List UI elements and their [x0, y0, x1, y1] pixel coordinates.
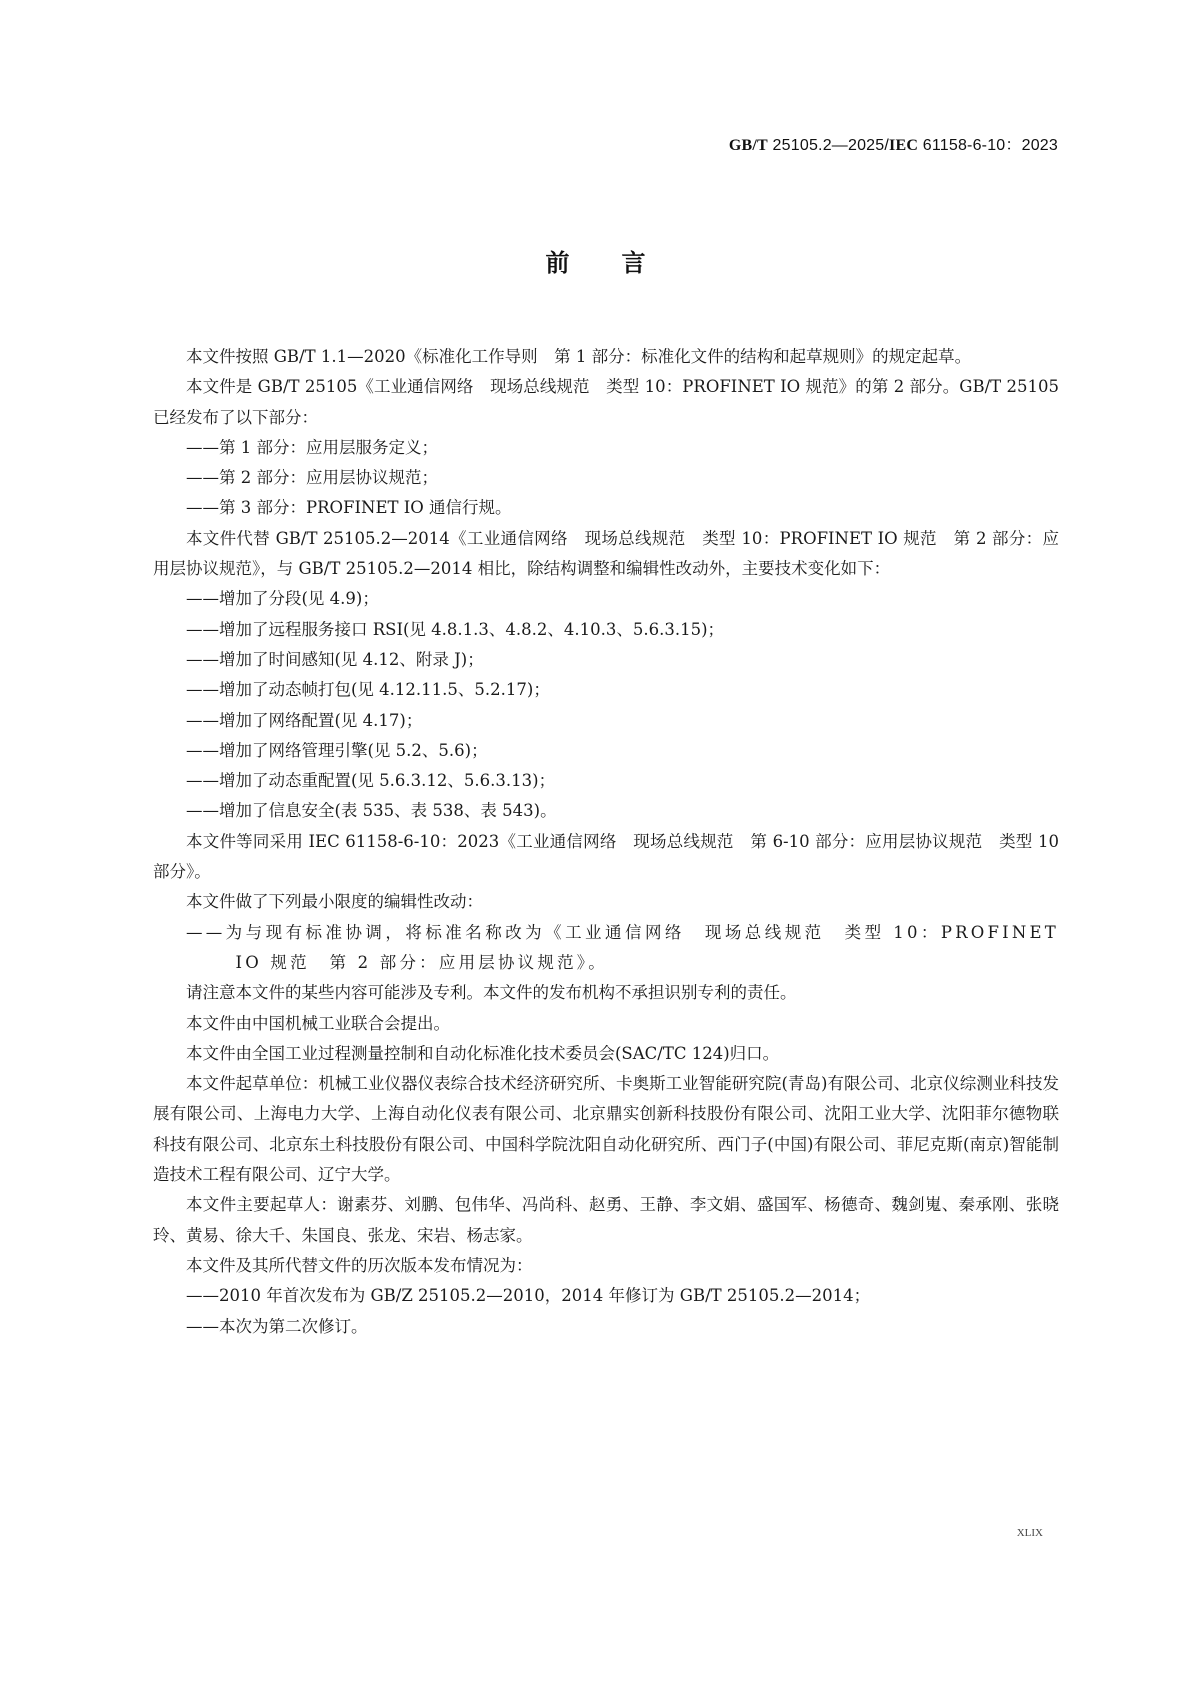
list-item-change: ——增加了分段(见 4.9)； — [153, 584, 1059, 614]
paragraph-version-history: 本文件及其所代替文件的历次版本发布情况为： — [153, 1251, 1059, 1281]
list-item-change: ——增加了动态重配置(见 5.6.3.12、5.6.3.13)； — [153, 766, 1059, 796]
code-iec-number: 61158-6-10：2023 — [918, 137, 1058, 154]
list-item-part: ——第 1 部分：应用层服务定义； — [153, 433, 1059, 463]
document-code-header: GB/T 25105.2—2025/IEC 61158-6-10：2023 — [729, 132, 1058, 155]
list-item-editorial-change: ——为与现有标准协调，将标准名称改为《工业通信网络 现场总线规范 类型 10：P… — [153, 918, 1059, 979]
list-item-history: ——2010 年首次发布为 GB/Z 25105.2—2010，2014 年修订… — [153, 1281, 1059, 1311]
list-item-change: ——增加了网络管理引擎(见 5.2、5.6)； — [153, 736, 1059, 766]
paragraph-editorial-changes: 本文件做了下列最小限度的编辑性改动： — [153, 887, 1059, 917]
page-title: 前言 — [0, 243, 1191, 278]
paragraph-equivalent-adoption: 本文件等同采用 IEC 61158-6-10：2023《工业通信网络 现场总线规… — [153, 827, 1059, 888]
paragraph-proposer: 本文件由中国机械工业联合会提出。 — [153, 1009, 1059, 1039]
list-item-part: ——第 3 部分：PROFINET IO 通信行规。 — [153, 493, 1059, 523]
code-prefix: GB/T — [729, 137, 768, 154]
paragraph-patent-notice: 请注意本文件的某些内容可能涉及专利。本文件的发布机构不承担识别专利的责任。 — [153, 978, 1059, 1008]
paragraph-technical-committee: 本文件由全国工业过程测量控制和自动化标准化技术委员会(SAC/TC 124)归口… — [153, 1039, 1059, 1069]
list-item-change: ——增加了时间感知(见 4.12、附录 J)； — [153, 645, 1059, 675]
list-item-part: ——第 2 部分：应用层协议规范； — [153, 463, 1059, 493]
list-item-history: ——本次为第二次修订。 — [153, 1312, 1059, 1342]
paragraph-replaces: 本文件代替 GB/T 25105.2—2014《工业通信网络 现场总线规范 类型… — [153, 524, 1059, 585]
list-item-change: ——增加了动态帧打包(见 4.12.11.5、5.2.17)； — [153, 675, 1059, 705]
list-item-change: ——增加了网络配置(见 4.17)； — [153, 706, 1059, 736]
list-item-change: ——增加了信息安全(表 535、表 538、表 543)。 — [153, 796, 1059, 826]
code-iec: IEC — [889, 137, 918, 154]
code-number: 25105.2—2025/ — [768, 137, 889, 154]
list-item-change: ——增加了远程服务接口 RSI(见 4.8.1.3、4.8.2、4.10.3、5… — [153, 615, 1059, 645]
paragraph-drafters: 本文件主要起草人：谢素芬、刘鹏、包伟华、冯尚科、赵勇、王静、李文娟、盛国军、杨德… — [153, 1190, 1059, 1251]
paragraph-series-part: 本文件是 GB/T 25105《工业通信网络 现场总线规范 类型 10：PROF… — [153, 372, 1059, 433]
preface-body: 本文件按照 GB/T 1.1—2020《标准化工作导则 第 1 部分：标准化文件… — [153, 342, 1059, 1342]
paragraph-drafting-organizations: 本文件起草单位：机械工业仪器仪表综合技术经济研究所、卡奥斯工业智能研究院(青岛)… — [153, 1069, 1059, 1190]
paragraph-drafting-rules: 本文件按照 GB/T 1.1—2020《标准化工作导则 第 1 部分：标准化文件… — [153, 342, 1059, 372]
page-number: XLIX — [1017, 1527, 1043, 1539]
